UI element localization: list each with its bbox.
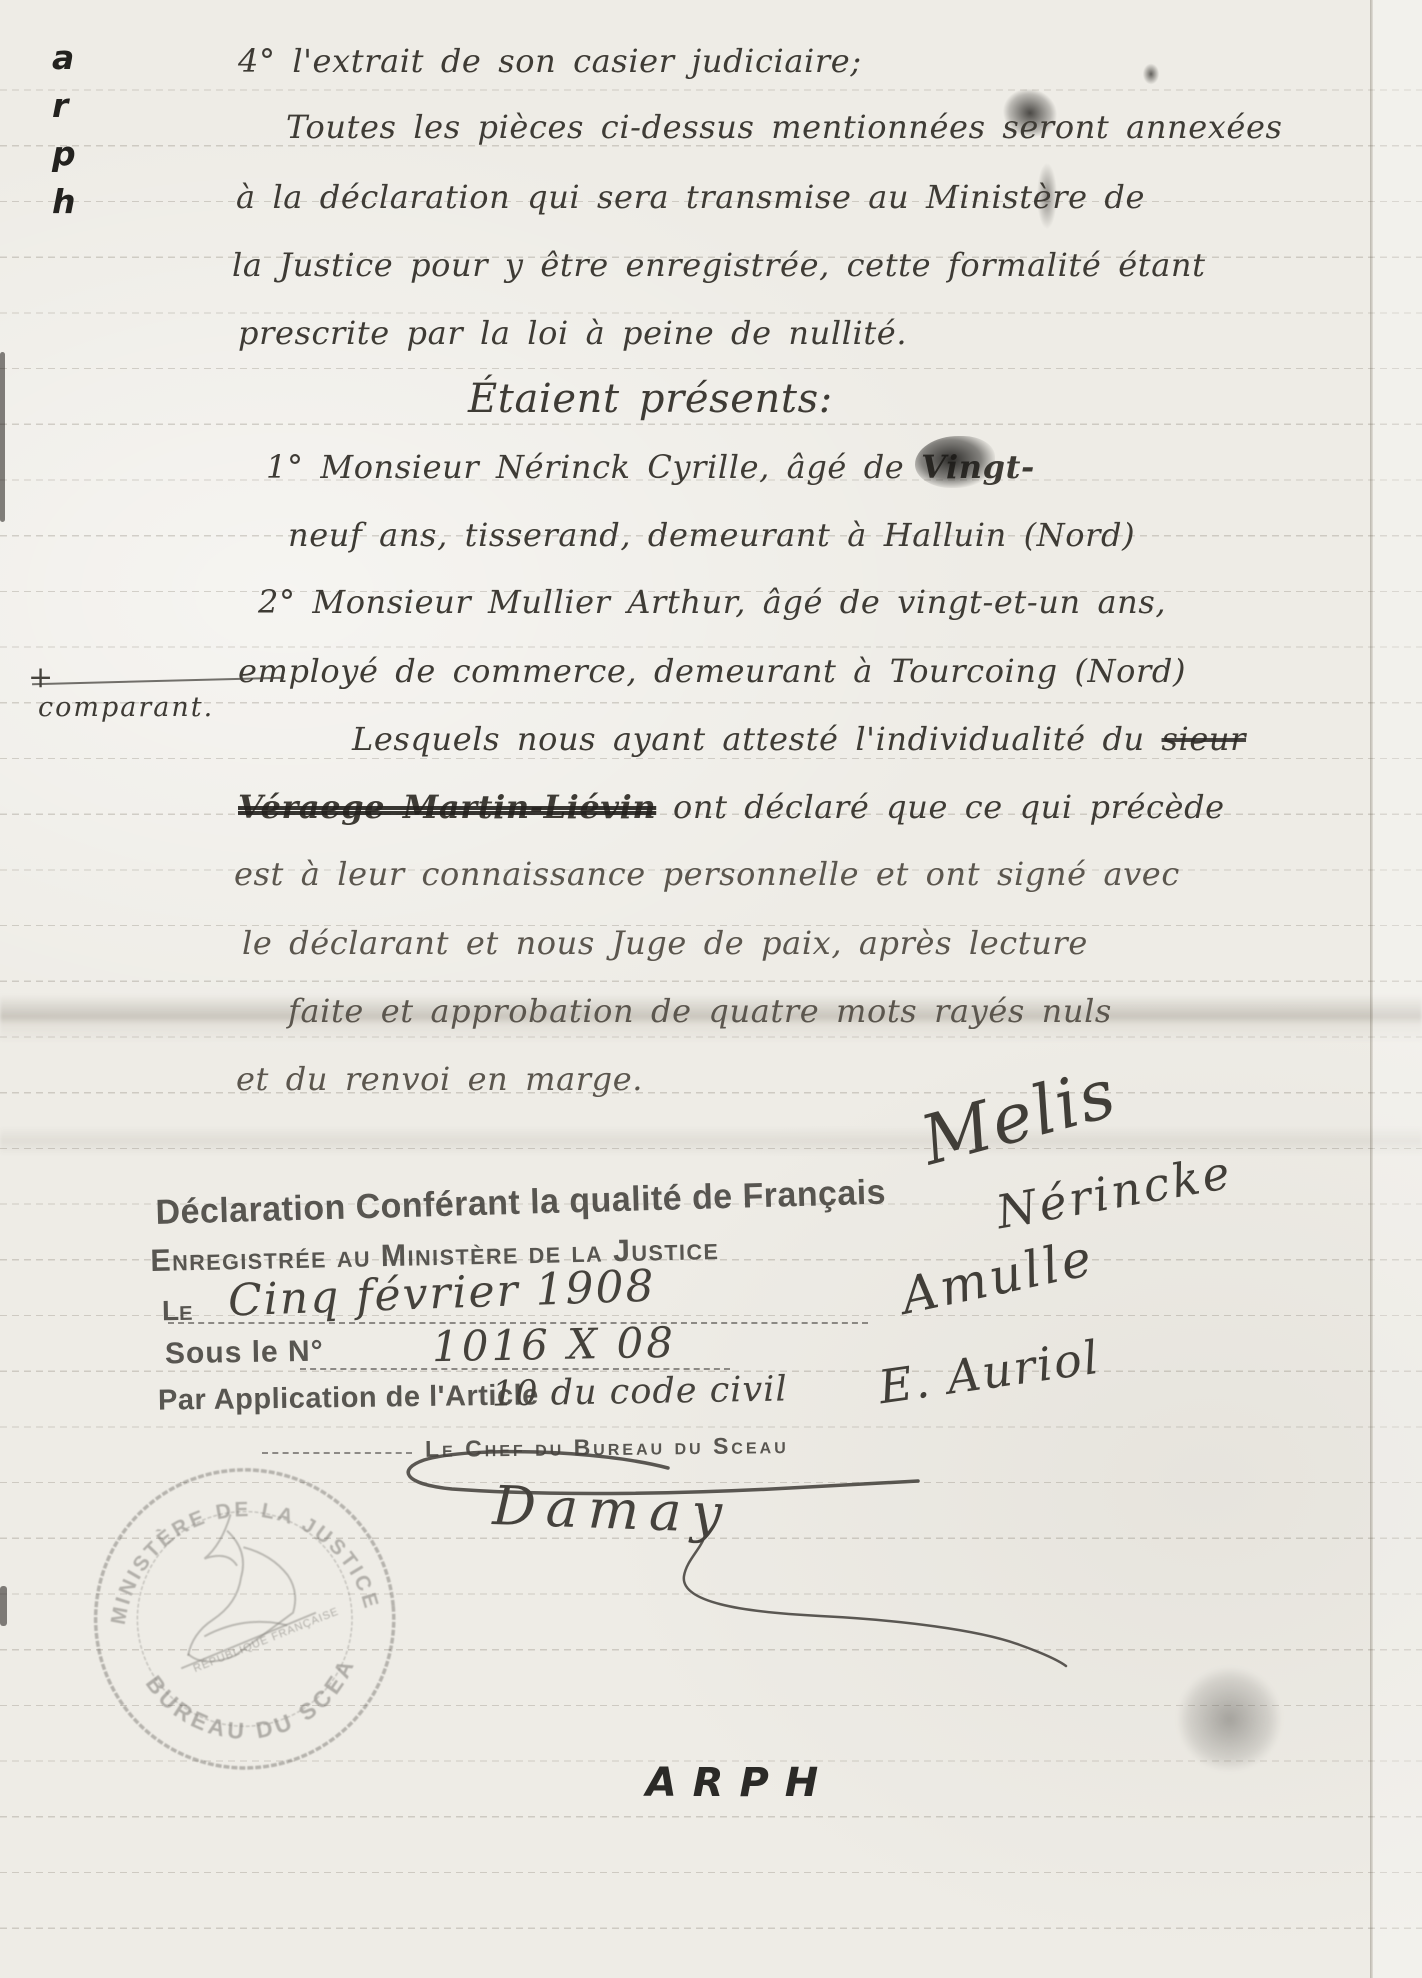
stamp-number-label: Sous le N° bbox=[165, 1335, 324, 1372]
watermark-letter: p bbox=[52, 130, 76, 178]
seal-graphic: MINISTÈRE DE LA JUSTICE BUREAU DU SCEAU … bbox=[72, 1439, 417, 1784]
svg-text:MINISTÈRE DE LA JUSTICE: MINISTÈRE DE LA JUSTICE bbox=[97, 1486, 384, 1635]
margin-note: comparant. bbox=[38, 692, 214, 723]
handwritten-registration-number: 1016 X 08 bbox=[432, 1318, 677, 1371]
line-11-text: Lesquels nous ayant attesté l'individual… bbox=[352, 720, 1162, 758]
manuscript-line-4: la Justice pour y être enregistrée, cett… bbox=[232, 246, 1206, 284]
manuscript-line-7: 1° Monsieur Nérinck Cyrille, âgé de Ving… bbox=[266, 448, 1035, 486]
signature-damay: Damay bbox=[491, 1474, 733, 1545]
manuscript-line-6: Étaient présents: bbox=[468, 376, 833, 422]
smudge-stain bbox=[1162, 1652, 1297, 1787]
manuscript-line-15: faite et approbation de quatre mots rayé… bbox=[288, 992, 1112, 1030]
signature-nerincke: Nérincke bbox=[992, 1145, 1236, 1240]
line-11-struck-word: sieur bbox=[1162, 720, 1247, 758]
signature-amulle: Amulle bbox=[896, 1228, 1099, 1325]
line-12-struck-words: Véraege Martin-Liévin bbox=[238, 788, 656, 826]
manuscript-line-2: Toutes les pièces ci-dessus mentionnées … bbox=[286, 108, 1283, 146]
manuscript-line-12: Véraege Martin-Liévin ont déclaré que ce… bbox=[238, 788, 1225, 826]
signature-auriol: E. Auriol bbox=[875, 1330, 1103, 1414]
seal-top-text: MINISTÈRE DE LA JUSTICE bbox=[97, 1486, 384, 1635]
watermark-letter: h bbox=[52, 178, 76, 226]
scan-edge-artifact-2 bbox=[0, 1586, 7, 1626]
manuscript-line-10: employé de commerce, demeurant à Tourcoi… bbox=[238, 652, 1186, 690]
manuscript-line-8: neuf ans, tisserand, demeurant à Halluin… bbox=[288, 516, 1135, 554]
manuscript-line-11: Lesquels nous ayant attesté l'individual… bbox=[352, 720, 1246, 758]
manuscript-line-13: est à leur connaissance personnelle et o… bbox=[234, 855, 1180, 893]
margin-insertion-mark: + bbox=[28, 660, 53, 695]
ink-stain-3 bbox=[1140, 60, 1162, 88]
stamp-chef-du-bureau-title: Le Chef du Bureau du Sceau bbox=[425, 1432, 789, 1463]
scanned-document-page: a r p h 4° l'extrait de son casier judic… bbox=[0, 0, 1422, 1978]
stamp-declaration-title: Déclaration Conférant la qualité de Fran… bbox=[155, 1173, 887, 1233]
scan-edge-artifact bbox=[0, 352, 5, 522]
watermark-letter: a bbox=[52, 34, 76, 82]
watermark-arph-vertical: a r p h bbox=[52, 34, 76, 226]
handwritten-article-reference: 10 du code civil bbox=[492, 1369, 788, 1414]
manuscript-line-3: à la déclaration qui sera transmise au M… bbox=[236, 178, 1145, 216]
manuscript-line-16: et du renvoi en marge. bbox=[236, 1060, 643, 1098]
manuscript-line-14: le déclarant et nous Juge de paix, après… bbox=[242, 924, 1088, 962]
manuscript-line-1: 4° l'extrait de son casier judiciaire; bbox=[238, 42, 862, 80]
manuscript-line-5: prescrite par la loi à peine de nullité. bbox=[238, 314, 907, 352]
watermark-letter: r bbox=[52, 82, 76, 130]
line-12-text: ont déclaré que ce qui précède bbox=[656, 788, 1224, 826]
line-7-text: 1° Monsieur Nérinck Cyrille, âgé de bbox=[266, 448, 921, 486]
manuscript-line-9: 2° Monsieur Mullier Arthur, âgé de vingt… bbox=[258, 583, 1166, 621]
page-right-edge bbox=[1373, 0, 1422, 1978]
signature-melis: Melis bbox=[913, 1054, 1125, 1182]
line-7-ink-blotted-word: Vingt- bbox=[921, 448, 1035, 486]
dotted-fill-line-number bbox=[300, 1368, 730, 1370]
seal-banner-text: RÉPUBLIQUE FRANÇAISE bbox=[191, 1605, 340, 1675]
ministry-seal: MINISTÈRE DE LA JUSTICE BUREAU DU SCEAU … bbox=[72, 1439, 417, 1784]
stamp-article-label: Par Application de l'Article bbox=[158, 1379, 539, 1417]
watermark-arph-bottom: ARPH bbox=[560, 1760, 920, 1806]
